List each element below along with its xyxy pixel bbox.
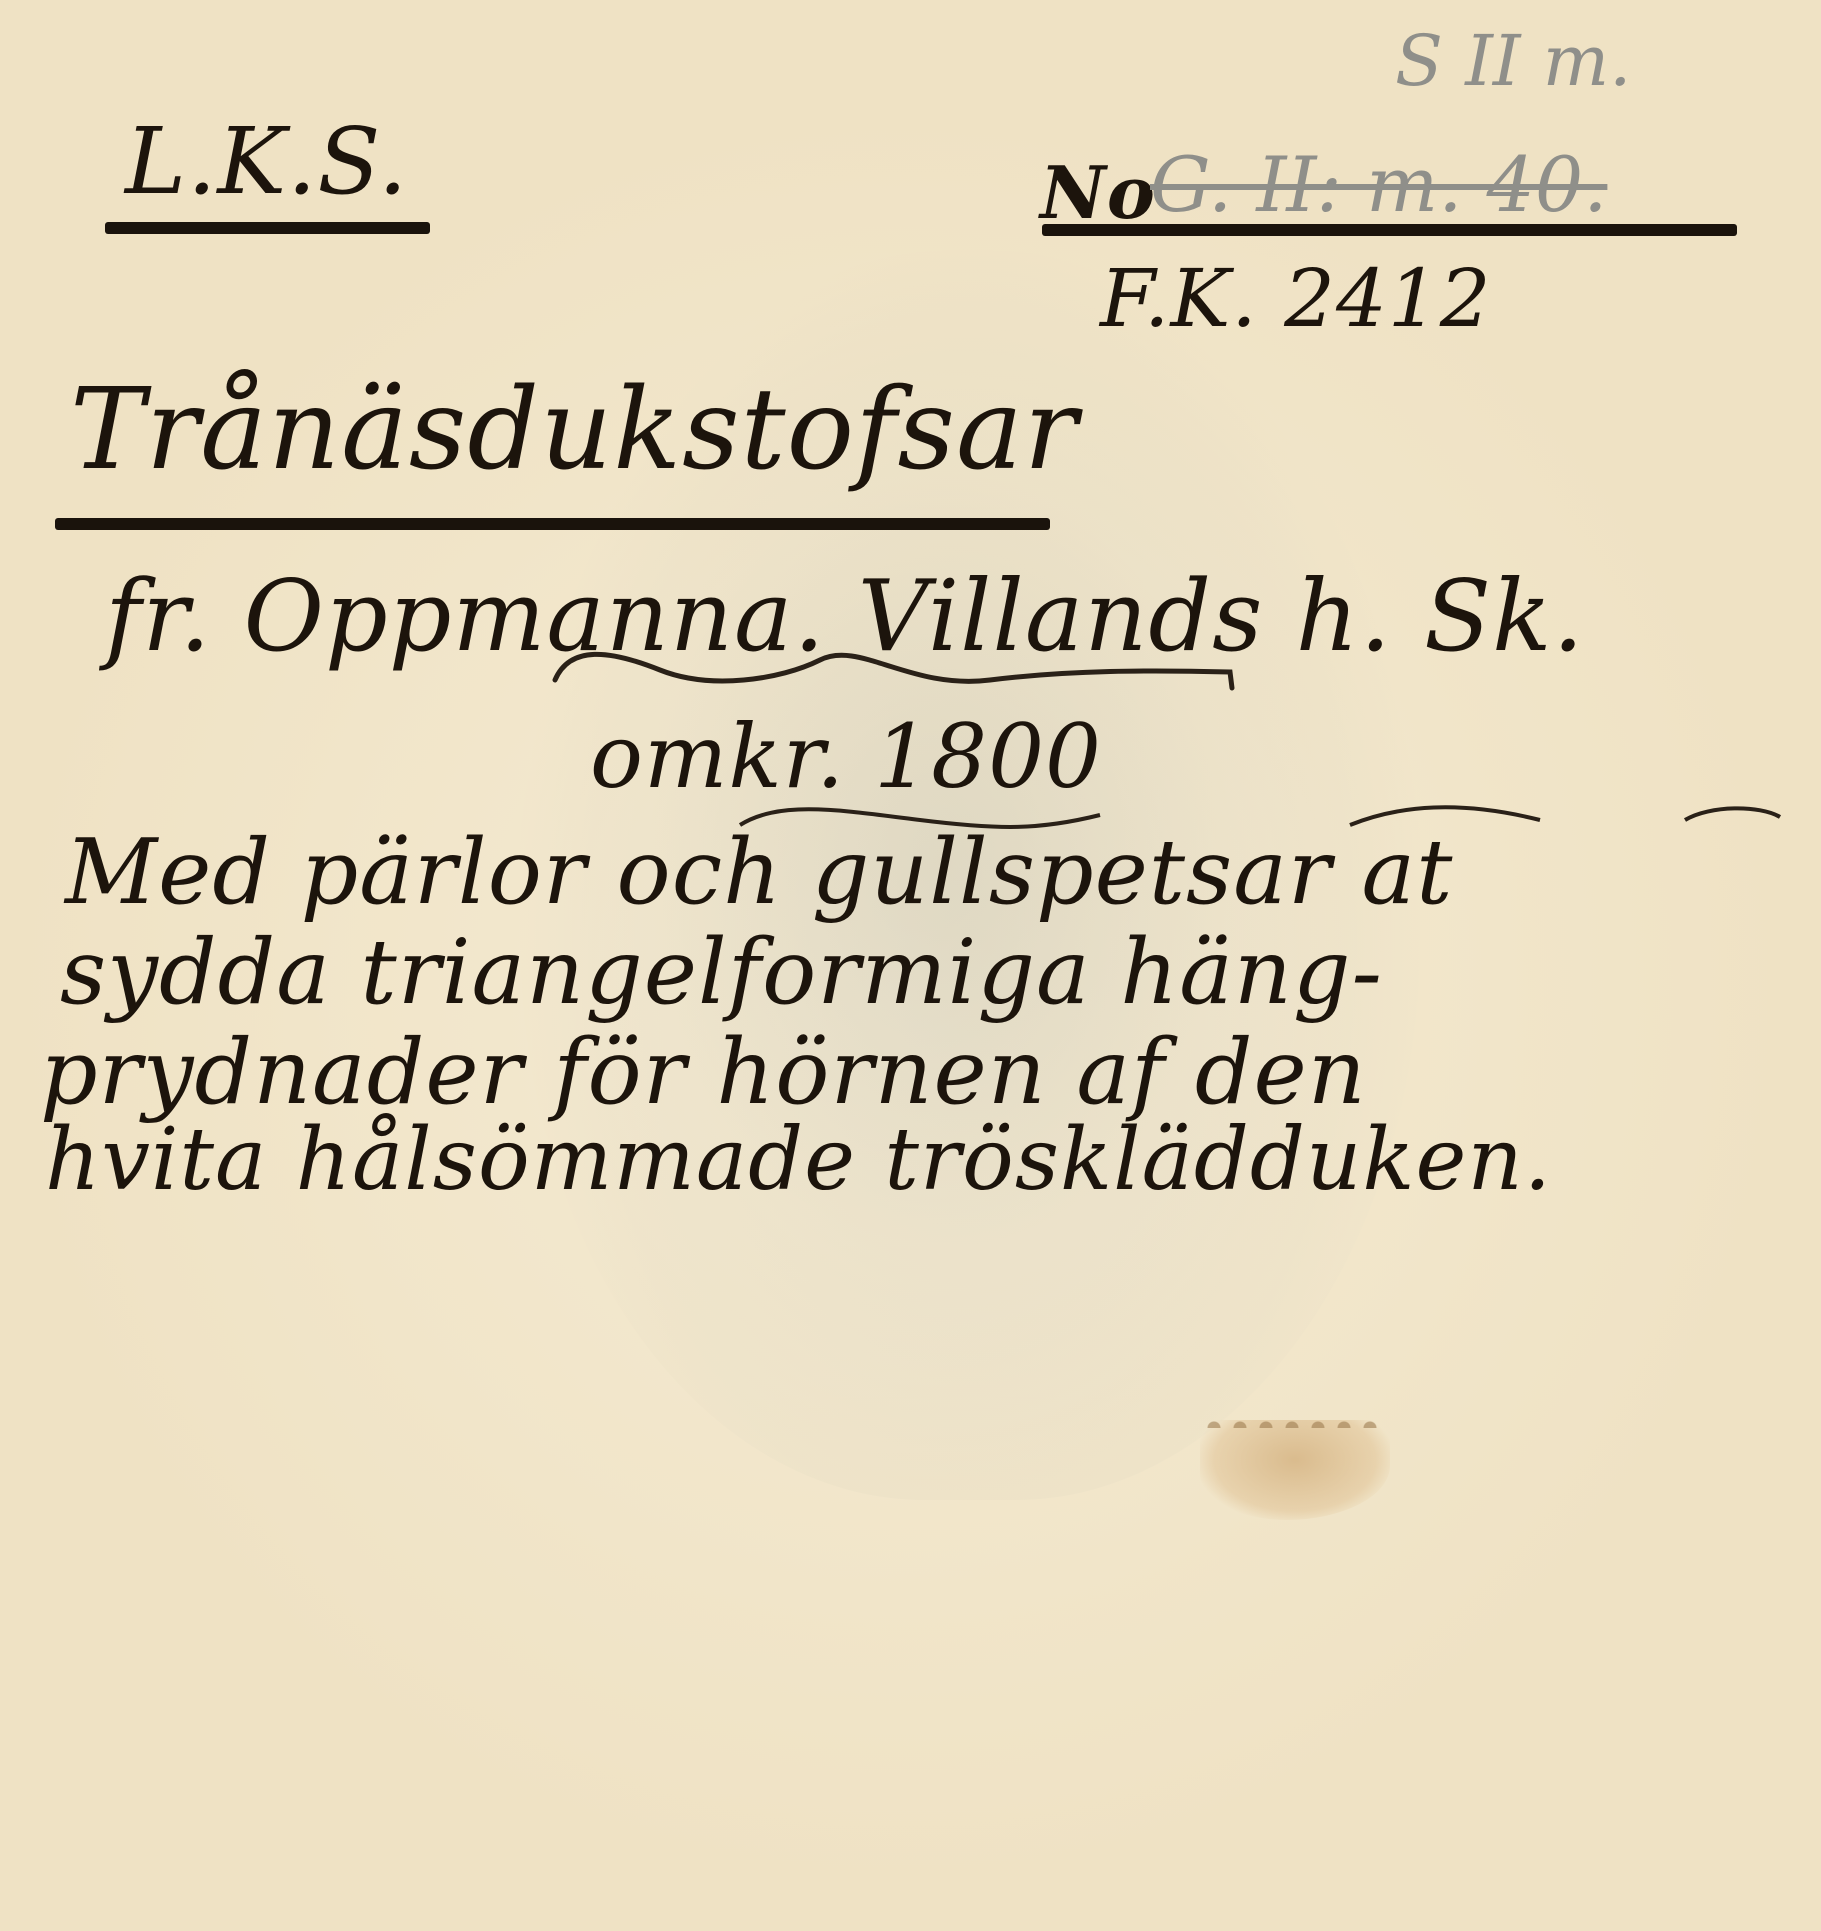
title-underline: [55, 518, 1050, 530]
collection-mark: L.K.S.: [125, 108, 408, 215]
pencil-shelf-mark: S II m.: [1395, 20, 1631, 102]
number-underline: [1042, 224, 1737, 236]
paper-stain: [1200, 1420, 1390, 1520]
description-line-1: Med pärlor och gullspetsar at: [65, 820, 1453, 925]
catalog-number: F.K. 2412: [1100, 252, 1492, 345]
description-line-2: sydda triangelformiga häng-: [60, 920, 1383, 1025]
index-card: L.K.S. S II m. No G. II: m. 40. F.K. 241…: [0, 0, 1821, 1931]
stain-scalloped-edge: [1205, 1414, 1385, 1428]
collection-mark-underline: [105, 222, 430, 234]
provenance-underline: [550, 640, 1240, 700]
object-title: Trånäsdukstofsar: [70, 365, 1078, 495]
date-line: omkr. 1800: [590, 705, 1102, 808]
number-label: No: [1040, 150, 1156, 235]
struck-pencil-number: G. II: m. 40.: [1150, 140, 1607, 229]
description-line-4: hvita hålsömmade trösklädduken.: [45, 1110, 1552, 1210]
